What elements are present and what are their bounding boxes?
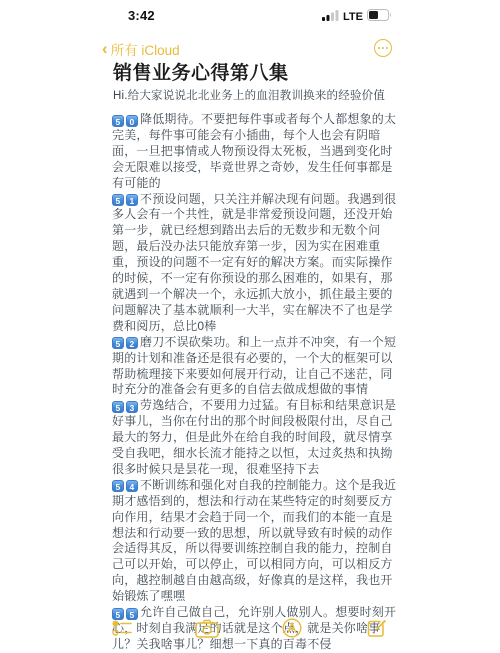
keycap-digit-badge: 3 bbox=[126, 401, 138, 413]
note-section: 51不预设问题，只关注并解决现有问题。我遇到很多人会有一个共性，就是非常爱预设问… bbox=[112, 192, 397, 335]
note-title: 销售业务心得第八集 bbox=[113, 58, 392, 85]
note-subtitle: Hi.给大家说说北北业务上的血泪教训换来的经验价值 bbox=[113, 87, 396, 103]
back-button-label: 所有 iCloud bbox=[111, 39, 180, 59]
signal-strength-icon bbox=[322, 8, 339, 26]
keycap-digit-badge: 5 bbox=[112, 337, 124, 349]
chevron-left-icon: ‹ bbox=[102, 42, 108, 55]
section-text: 降低期待。不要把每件事或者每个人都想象的太完美，每件事可能会有小插曲，每个人也会… bbox=[112, 112, 396, 190]
notes-app-screen: 3:42 LTE ‹ 所有 iC bbox=[100, 0, 400, 653]
keycap-digit-badge: 4 bbox=[126, 480, 138, 492]
section-text: 不预设问题，只关注并解决现有问题。我遇到很多人会有一个共性，就是非常爱预设问题，… bbox=[112, 192, 396, 333]
compose-icon bbox=[367, 618, 387, 638]
note-section: 53劳逸结合，不要用力过猛。有目标和结果意识是好事儿，当你在付出的那个时间段极限… bbox=[112, 398, 397, 478]
keycap-digit-badge: 5 bbox=[112, 480, 124, 492]
keycap-digit-badge: 1 bbox=[126, 194, 138, 206]
markup-button[interactable] bbox=[280, 616, 304, 640]
keycap-digit-badge: 5 bbox=[112, 115, 124, 127]
nav-bar: ‹ 所有 iCloud bbox=[102, 39, 392, 59]
keycap-digit-badge: 2 bbox=[126, 337, 138, 349]
checklist-icon bbox=[112, 619, 133, 637]
ellipsis-icon bbox=[378, 47, 388, 49]
status-time: 3:42 bbox=[128, 8, 155, 23]
markup-pen-icon bbox=[282, 618, 302, 638]
section-text: 不断训练和强化对自我的控制能力。这个是我近期才感悟到的，想法和行动在某些特定的时… bbox=[112, 478, 396, 603]
camera-icon bbox=[195, 619, 219, 638]
more-options-button[interactable] bbox=[374, 39, 392, 57]
keycap-digit-badge: 5 bbox=[112, 401, 124, 413]
keycap-digit-badge: 0 bbox=[126, 115, 138, 127]
battery-icon bbox=[367, 8, 392, 26]
status-bar: 3:42 LTE bbox=[100, 7, 400, 25]
notes-toolbar bbox=[100, 613, 400, 643]
keycap-digit-badge: 5 bbox=[112, 194, 124, 206]
compose-button[interactable] bbox=[365, 616, 389, 640]
note-body[interactable]: 50降低期待。不要把每件事或者每个人都想象的太完美，每件事可能会有小插曲，每个人… bbox=[112, 112, 397, 653]
note-section: 50降低期待。不要把每件事或者每个人都想象的太完美，每件事可能会有小插曲，每个人… bbox=[112, 112, 397, 192]
checklist-button[interactable] bbox=[110, 616, 134, 640]
carrier-label: LTE bbox=[343, 11, 363, 23]
camera-button[interactable] bbox=[195, 616, 219, 640]
section-text: 磨刀不误砍柴功。和上一点并不冲突，有一个短期的计划和准备还是很有必要的，一个大的… bbox=[112, 335, 396, 397]
note-section: 54不断训练和强化对自我的控制能力。这个是我近期才感悟到的，想法和行动在某些特定… bbox=[112, 478, 397, 605]
note-section: 52磨刀不误砍柴功。和上一点并不冲突，有一个短期的计划和准备还是很有必要的，一个… bbox=[112, 335, 397, 399]
back-button[interactable]: ‹ 所有 iCloud bbox=[102, 39, 180, 59]
section-text: 劳逸结合，不要用力过猛。有目标和结果意识是好事儿，当你在付出的那个时间段极限付出… bbox=[112, 398, 396, 476]
